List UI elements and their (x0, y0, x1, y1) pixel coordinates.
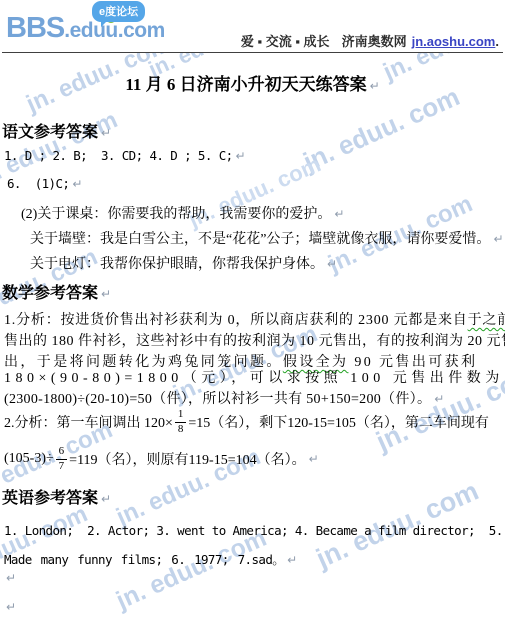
fraction-one-eighth: 18 (173, 408, 189, 435)
chinese-answers-line-3: (2)关于课桌：你需要我的帮助，我需要你的爱护。↵ (21, 203, 344, 223)
chinese-answers-line-2: 6. (1)C;↵ (7, 176, 82, 191)
english-answers-line-2: Made many funny films; 6. 1977; 7.sad。↵ (4, 550, 297, 568)
paragraph-mark: ↵ (334, 207, 344, 221)
logo-bbs-text: BBS (6, 12, 64, 45)
chinese-answers-line-5: 关于电灯：我帮你保护眼睛，你帮我保护身体。↵ (30, 253, 337, 273)
paragraph-mark: ↵ (370, 79, 380, 93)
math-problem1-line-4: 180×(90-80)=1800（元），可以求按照 100 元售出件数为 (4, 367, 504, 387)
eduu-forum-badge: e度论坛 (92, 1, 145, 22)
paragraph-mark: ↵ (434, 392, 444, 406)
header-divider (2, 52, 503, 53)
english-answers-line-1: 1. London; 2. Actor; 3. went to America;… (4, 523, 503, 538)
site-name: 济南奥数网 (342, 34, 407, 49)
header-tagline: 爱 ▪ 交流 ▪ 成长济南奥数网jn.aoshu.com. (241, 31, 499, 50)
fraction-denominator: 7 (56, 460, 68, 473)
aoshu-link[interactable]: jn.aoshu.com (412, 34, 496, 49)
paragraph-mark: ↵ (72, 177, 82, 191)
page-title: 11 月 6 日济南小升初天天练答案↵ (0, 70, 505, 95)
logo-edu-text: .edu (64, 19, 105, 43)
math-problem1-line-1: 1.分析：按进货价售出衬衫获利为 0，所以商店获利的 2300 元都是来自于之前 (4, 309, 505, 329)
paragraph-mark: ↵ (287, 553, 297, 567)
math-problem2-line-1: 2.分析：第一车间调出 120×18=15（名），剩下120-15=105（名）… (4, 406, 489, 438)
paragraph-mark: ↵ (6, 600, 16, 614)
fraction-denominator: 8 (175, 423, 187, 436)
fraction-numerator: 1 (175, 408, 187, 422)
paragraph-mark: ↵ (101, 492, 111, 506)
paragraph-mark: ↵ (236, 149, 246, 163)
empty-paragraph: ↵ (3, 600, 16, 616)
chinese-answers-line-1: 1. D ; 2. B; 3. CD; 4. D ; 5. C;↵ (4, 148, 246, 163)
fraction-numerator: 6 (56, 445, 68, 459)
empty-paragraph: ↵ (3, 571, 16, 587)
spellcheck-underline: 于之前 (468, 313, 505, 328)
paragraph-mark: ↵ (6, 571, 16, 585)
slogan-text: 爱 ▪ 交流 ▪ 成长 (241, 34, 330, 49)
chinese-section-heading: 语文参考答案↵ (2, 119, 111, 142)
logo-com-text: .com (118, 19, 165, 43)
math-problem2-line-2: (105-3)÷67=119（名），则原有119-15=104（名）。↵ (4, 443, 319, 475)
paragraph-mark: ↵ (493, 232, 503, 246)
paragraph-mark: ↵ (101, 126, 111, 140)
document-body: 11 月 6 日济南小升初天天练答案↵ 语文参考答案↵ 1. D ; 2. B;… (0, 0, 505, 621)
paragraph-mark: ↵ (327, 257, 337, 271)
english-section-heading: 英语参考答案↵ (2, 485, 111, 508)
site-header: BBS.eduu.com e度论坛 爱 ▪ 交流 ▪ 成长济南奥数网jn.aos… (0, 0, 505, 53)
math-section-heading: 数学参考答案↵ (2, 280, 111, 303)
paragraph-mark: ↵ (309, 452, 319, 466)
after-link-dot: . (495, 34, 499, 49)
math-problem1-line-2: 售出的 180 件衬衫，这些衬衫中有的按利润为 10 元售出，有的按利润为 20… (4, 330, 505, 350)
paragraph-mark: ↵ (101, 287, 111, 301)
fraction-six-sevenths: 67 (54, 445, 70, 472)
chinese-answers-line-4: 关于墙壁：我是白雪公主，不是“花花”公子；墙壁就像衣服，请你要爱惜。↵ (30, 228, 504, 248)
math-problem1-line-5: (2300-1800)÷(20-10)=50（件），所以衬衫一共有 50+150… (4, 388, 444, 408)
